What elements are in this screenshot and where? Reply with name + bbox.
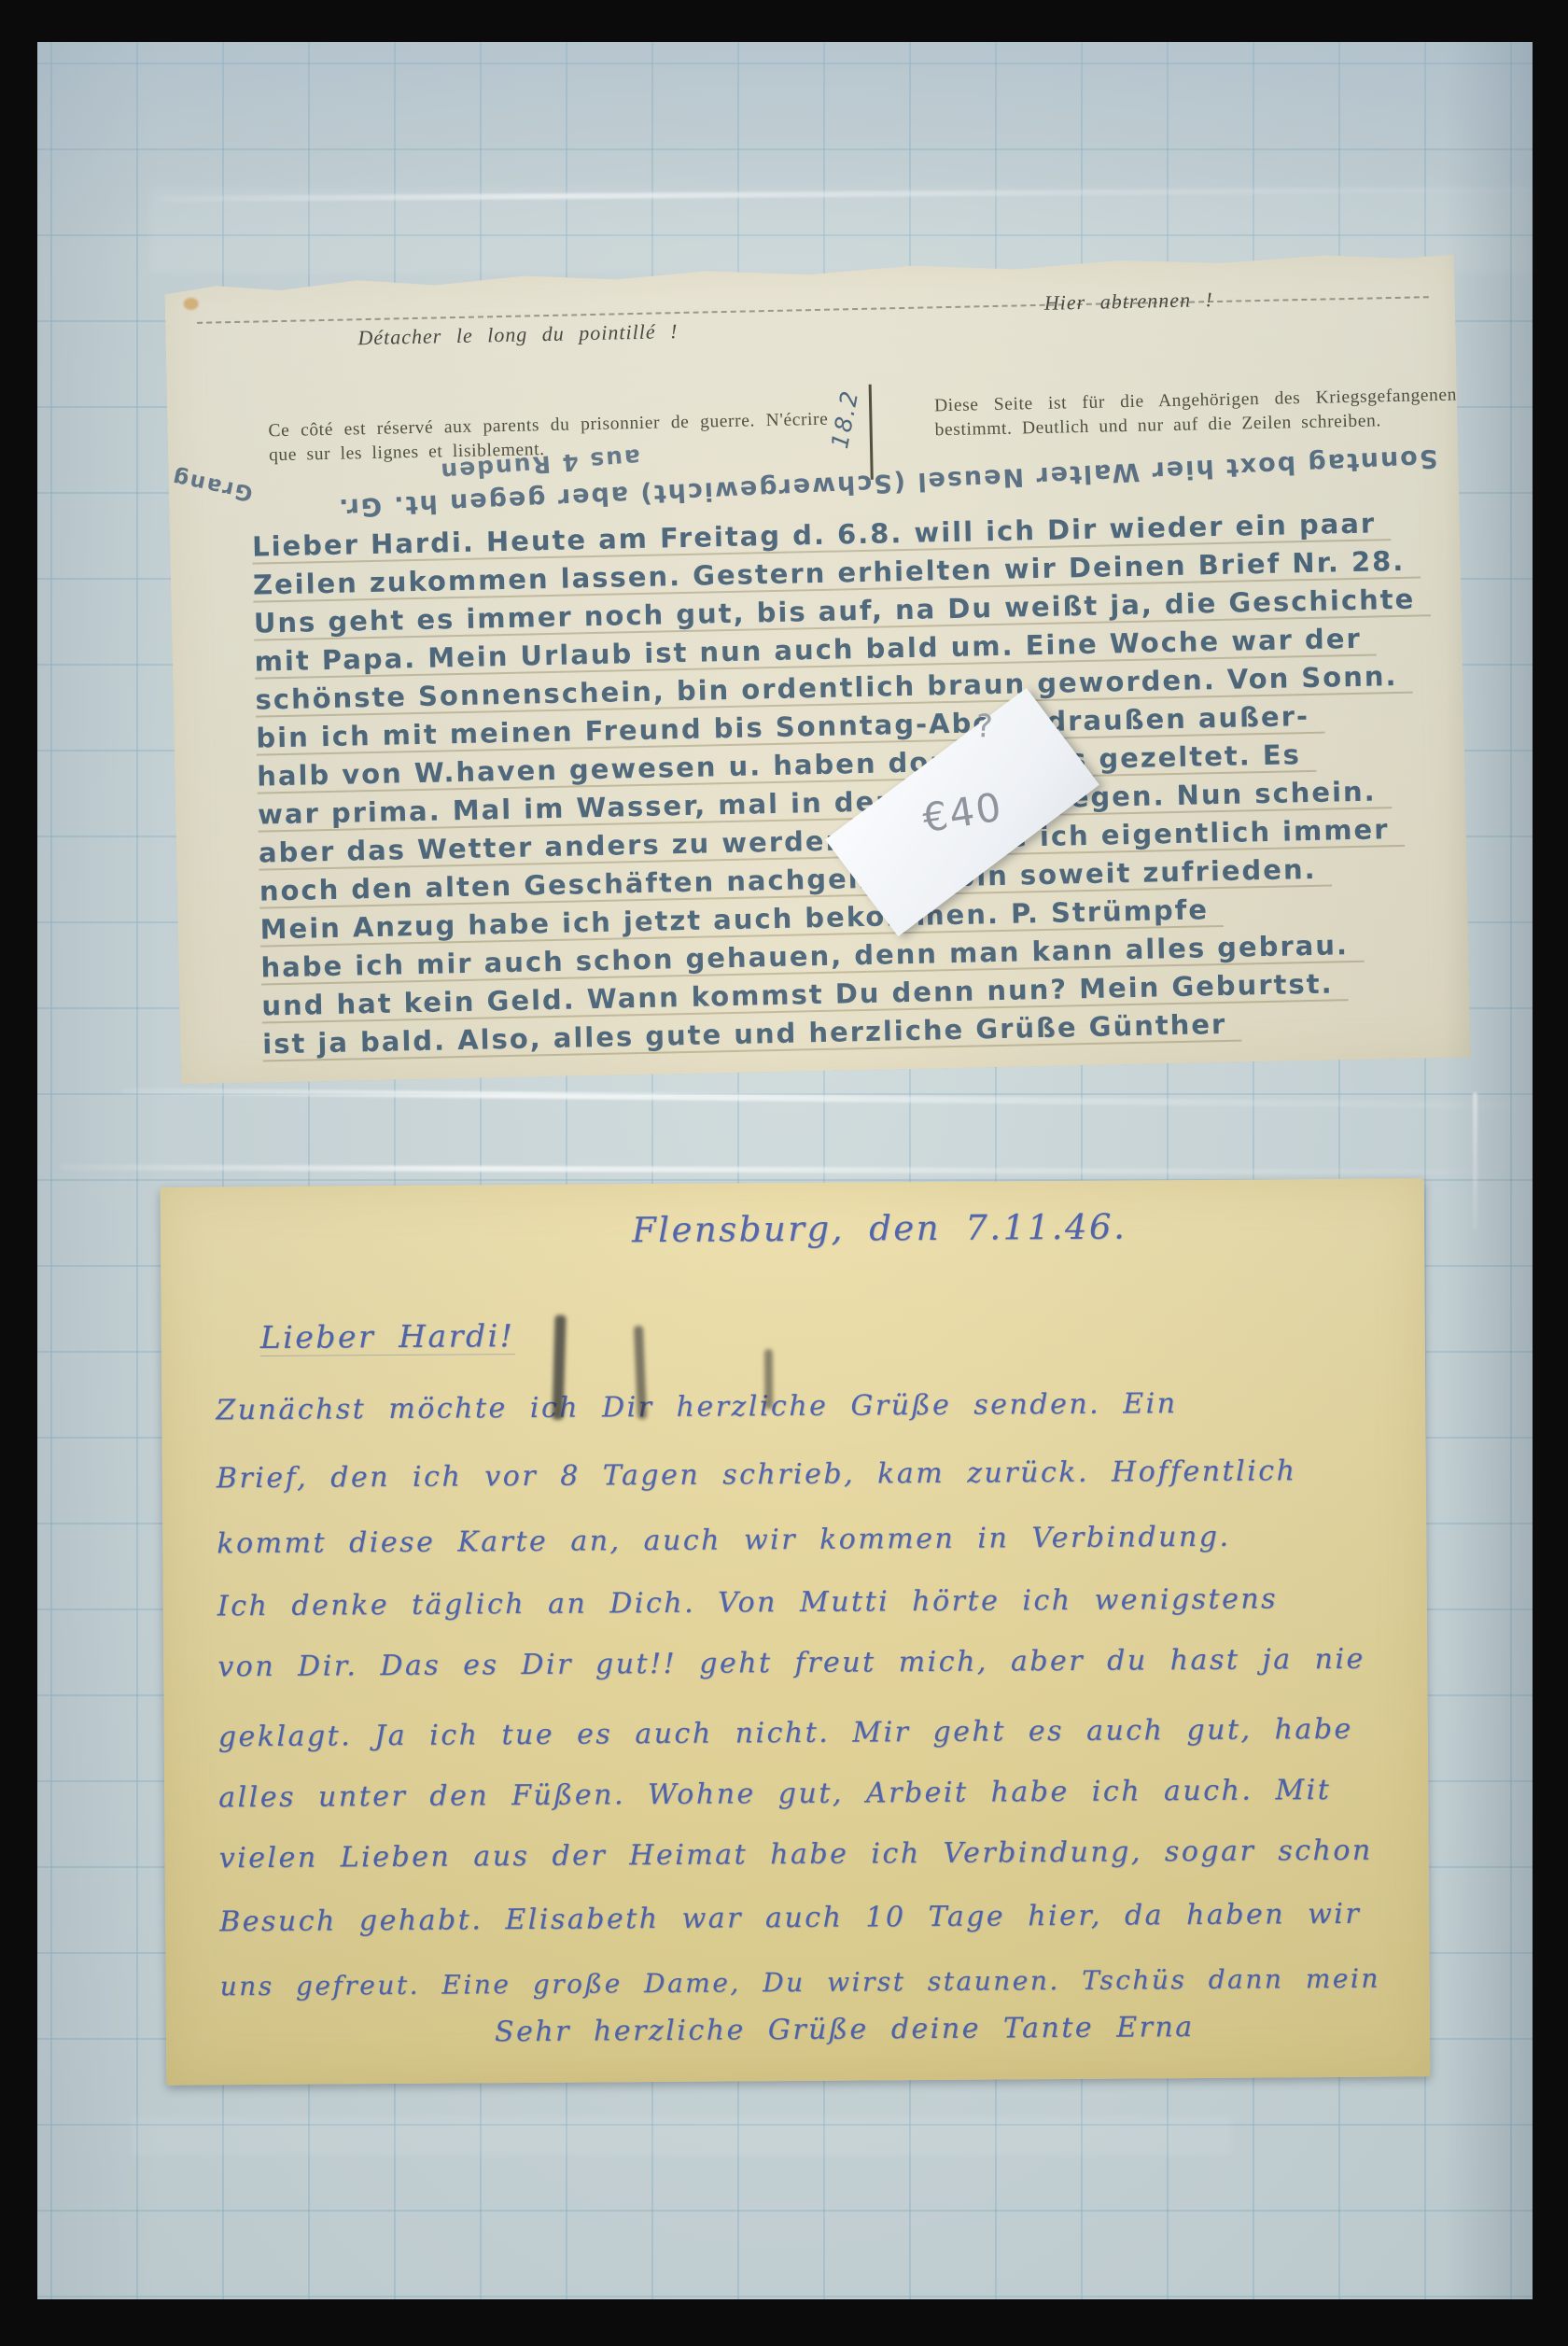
printed-header-french: Détacher le long du pointillé ! [357,319,678,350]
plastic-strip-highlight-3 [61,1164,1479,1174]
printed-header-german: Hier abtrennen ! [1044,288,1214,316]
handwritten-dateline: Flensburg, den 7.11.46. [632,1207,1127,1251]
handwritten-line: vielen Lieben aus der Heimat habe ich Ve… [219,1834,1373,1875]
handwritten-line: Zunächst möchte ich Dir herzliche Grüße … [216,1387,1177,1426]
handwritten-line: von Dir. Das es Dir gut!! geht freut mic… [217,1643,1365,1684]
graph-paper-album-page: Détacher le long du pointillé ! Hier abt… [37,42,1533,2299]
pow-card-top: Détacher le long du pointillé ! Hier abt… [164,253,1471,1085]
handwritten-column-number: 18.2 [826,387,863,451]
column-divider-line [869,385,874,480]
handwritten-line: Besuch gehabt. Elisabeth war auch 10 Tag… [219,1898,1361,1939]
price-sticker-value: €40 [919,783,1006,841]
plastic-strip-highlight-2 [121,1088,1512,1109]
album-photo: { "page": { "description": "Photograph o… [0,0,1568,2346]
handwritten-line: kommt diese Karte an, auch wir kommen in… [217,1521,1230,1561]
handwritten-line: uns gefreut. Eine große Dame, Du wirst s… [220,1963,1380,2002]
plastic-strip-highlight-right [1473,1092,1477,1230]
price-sticker-question-mark: ? [975,708,994,746]
handwritten-line: alles unter den Füßen. Wohne gut, Arbeit… [218,1774,1331,1814]
handwritten-message: Lieber Hardi. Heute am Freitag d. 6.8. w… [252,503,1471,1064]
handwritten-line: Ich denke täglich an Dich. Von Mutti hör… [217,1582,1278,1623]
handwritten-salutation: Lieber Hardi! [260,1317,515,1356]
handwritten-signature: Sehr herzliche Grüße deine Tante Erna [495,2011,1195,2048]
postcard-bottom: Flensburg, den 7.11.46. Lieber Hardi! Zu… [161,1178,1431,2085]
perforation-dashed-line [197,296,1429,324]
stain-spot [184,298,199,310]
printed-instructions-german: Diese Seite ist für die Angehörigen des … [934,384,1458,443]
plastic-strip-band-bottom [131,2116,1232,2156]
handwritten-line: geklagt. Ja ich tue es auch nicht. Mir g… [218,1713,1353,1753]
ink-smudge [764,1349,773,1409]
handwritten-line: Brief, den ich vor 8 Tagen schrieb, kam … [217,1454,1297,1495]
